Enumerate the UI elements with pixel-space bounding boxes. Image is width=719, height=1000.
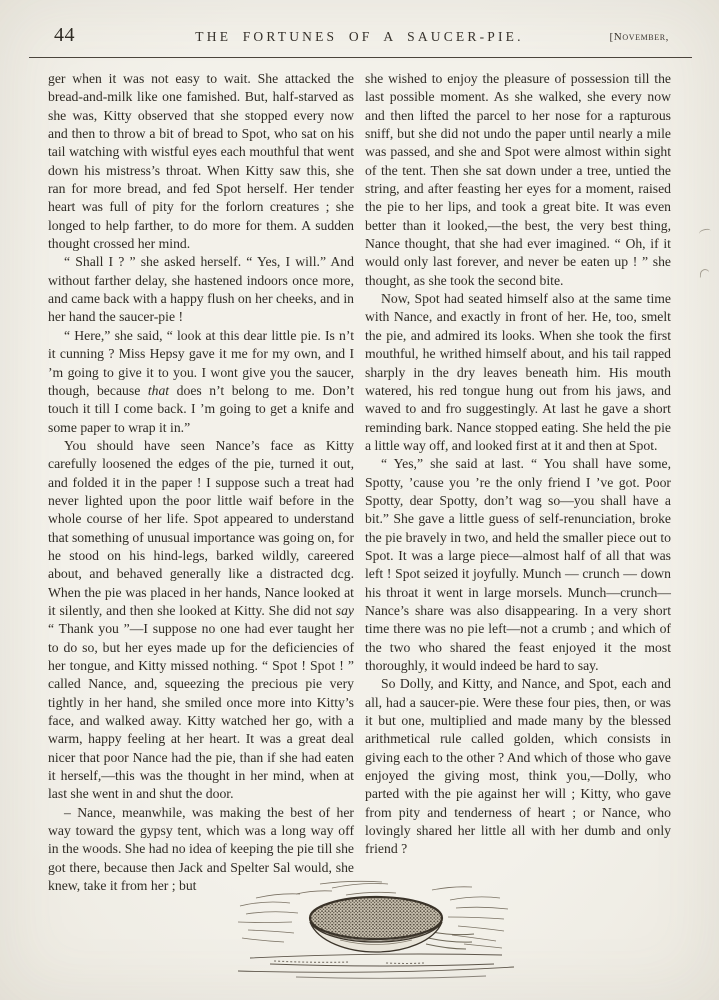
text-run: Now, Spot had seated himself also at the… (365, 291, 671, 453)
text-run: “ Thank you ”—I suppose no one had ever … (48, 621, 354, 801)
text-run: So Dolly, and Kitty, and Nance, and Spot… (365, 676, 671, 856)
saucer-pie-engraving-illustration (236, 876, 524, 992)
text-run: You should have seen Nance’s face as Kit… (48, 438, 354, 618)
header-rule (29, 57, 692, 58)
paragraph: So Dolly, and Kitty, and Nance, and Spot… (365, 675, 671, 858)
paragraph: ger when it was not easy to wait. She at… (48, 70, 354, 253)
paragraph: “ Shall I ? ” she asked herself. “ Yes, … (48, 253, 354, 326)
scan-artifact (699, 228, 712, 237)
paragraph: “ Here,” she said, “ look at this dear l… (48, 327, 354, 437)
text-run: “ Yes,” she said at last. “ You shall ha… (365, 456, 671, 673)
paragraph: “ Yes,” she said at last. “ You shall ha… (365, 455, 671, 675)
paragraph: You should have seen Nance’s face as Kit… (48, 437, 354, 804)
text-columns: ger when it was not easy to wait. She at… (48, 70, 671, 895)
running-title: THE FORTUNES OF A SAUCER-PIE. (90, 29, 629, 45)
text-run-italic: say (336, 603, 354, 618)
right-column: she wished to enjoy the pleasure of poss… (365, 70, 671, 895)
text-run: she wished to enjoy the pleasure of poss… (365, 71, 671, 288)
saucer-pie-engraving (236, 876, 524, 992)
page-number: 44 (54, 24, 75, 47)
text-run-italic: that (148, 383, 169, 398)
paragraph: she wished to enjoy the pleasure of poss… (365, 70, 671, 290)
paragraph: Now, Spot had seated himself also at the… (365, 290, 671, 455)
issue-date: [November, (610, 31, 669, 43)
scan-artifact (700, 269, 710, 279)
left-column: ger when it was not easy to wait. She at… (48, 70, 354, 895)
text-run: ger when it was not easy to wait. She at… (48, 71, 354, 251)
text-run: “ Shall I ? ” she asked herself. “ Yes, … (48, 254, 354, 324)
magazine-page: 44 THE FORTUNES OF A SAUCER-PIE. [Novemb… (0, 0, 719, 1000)
